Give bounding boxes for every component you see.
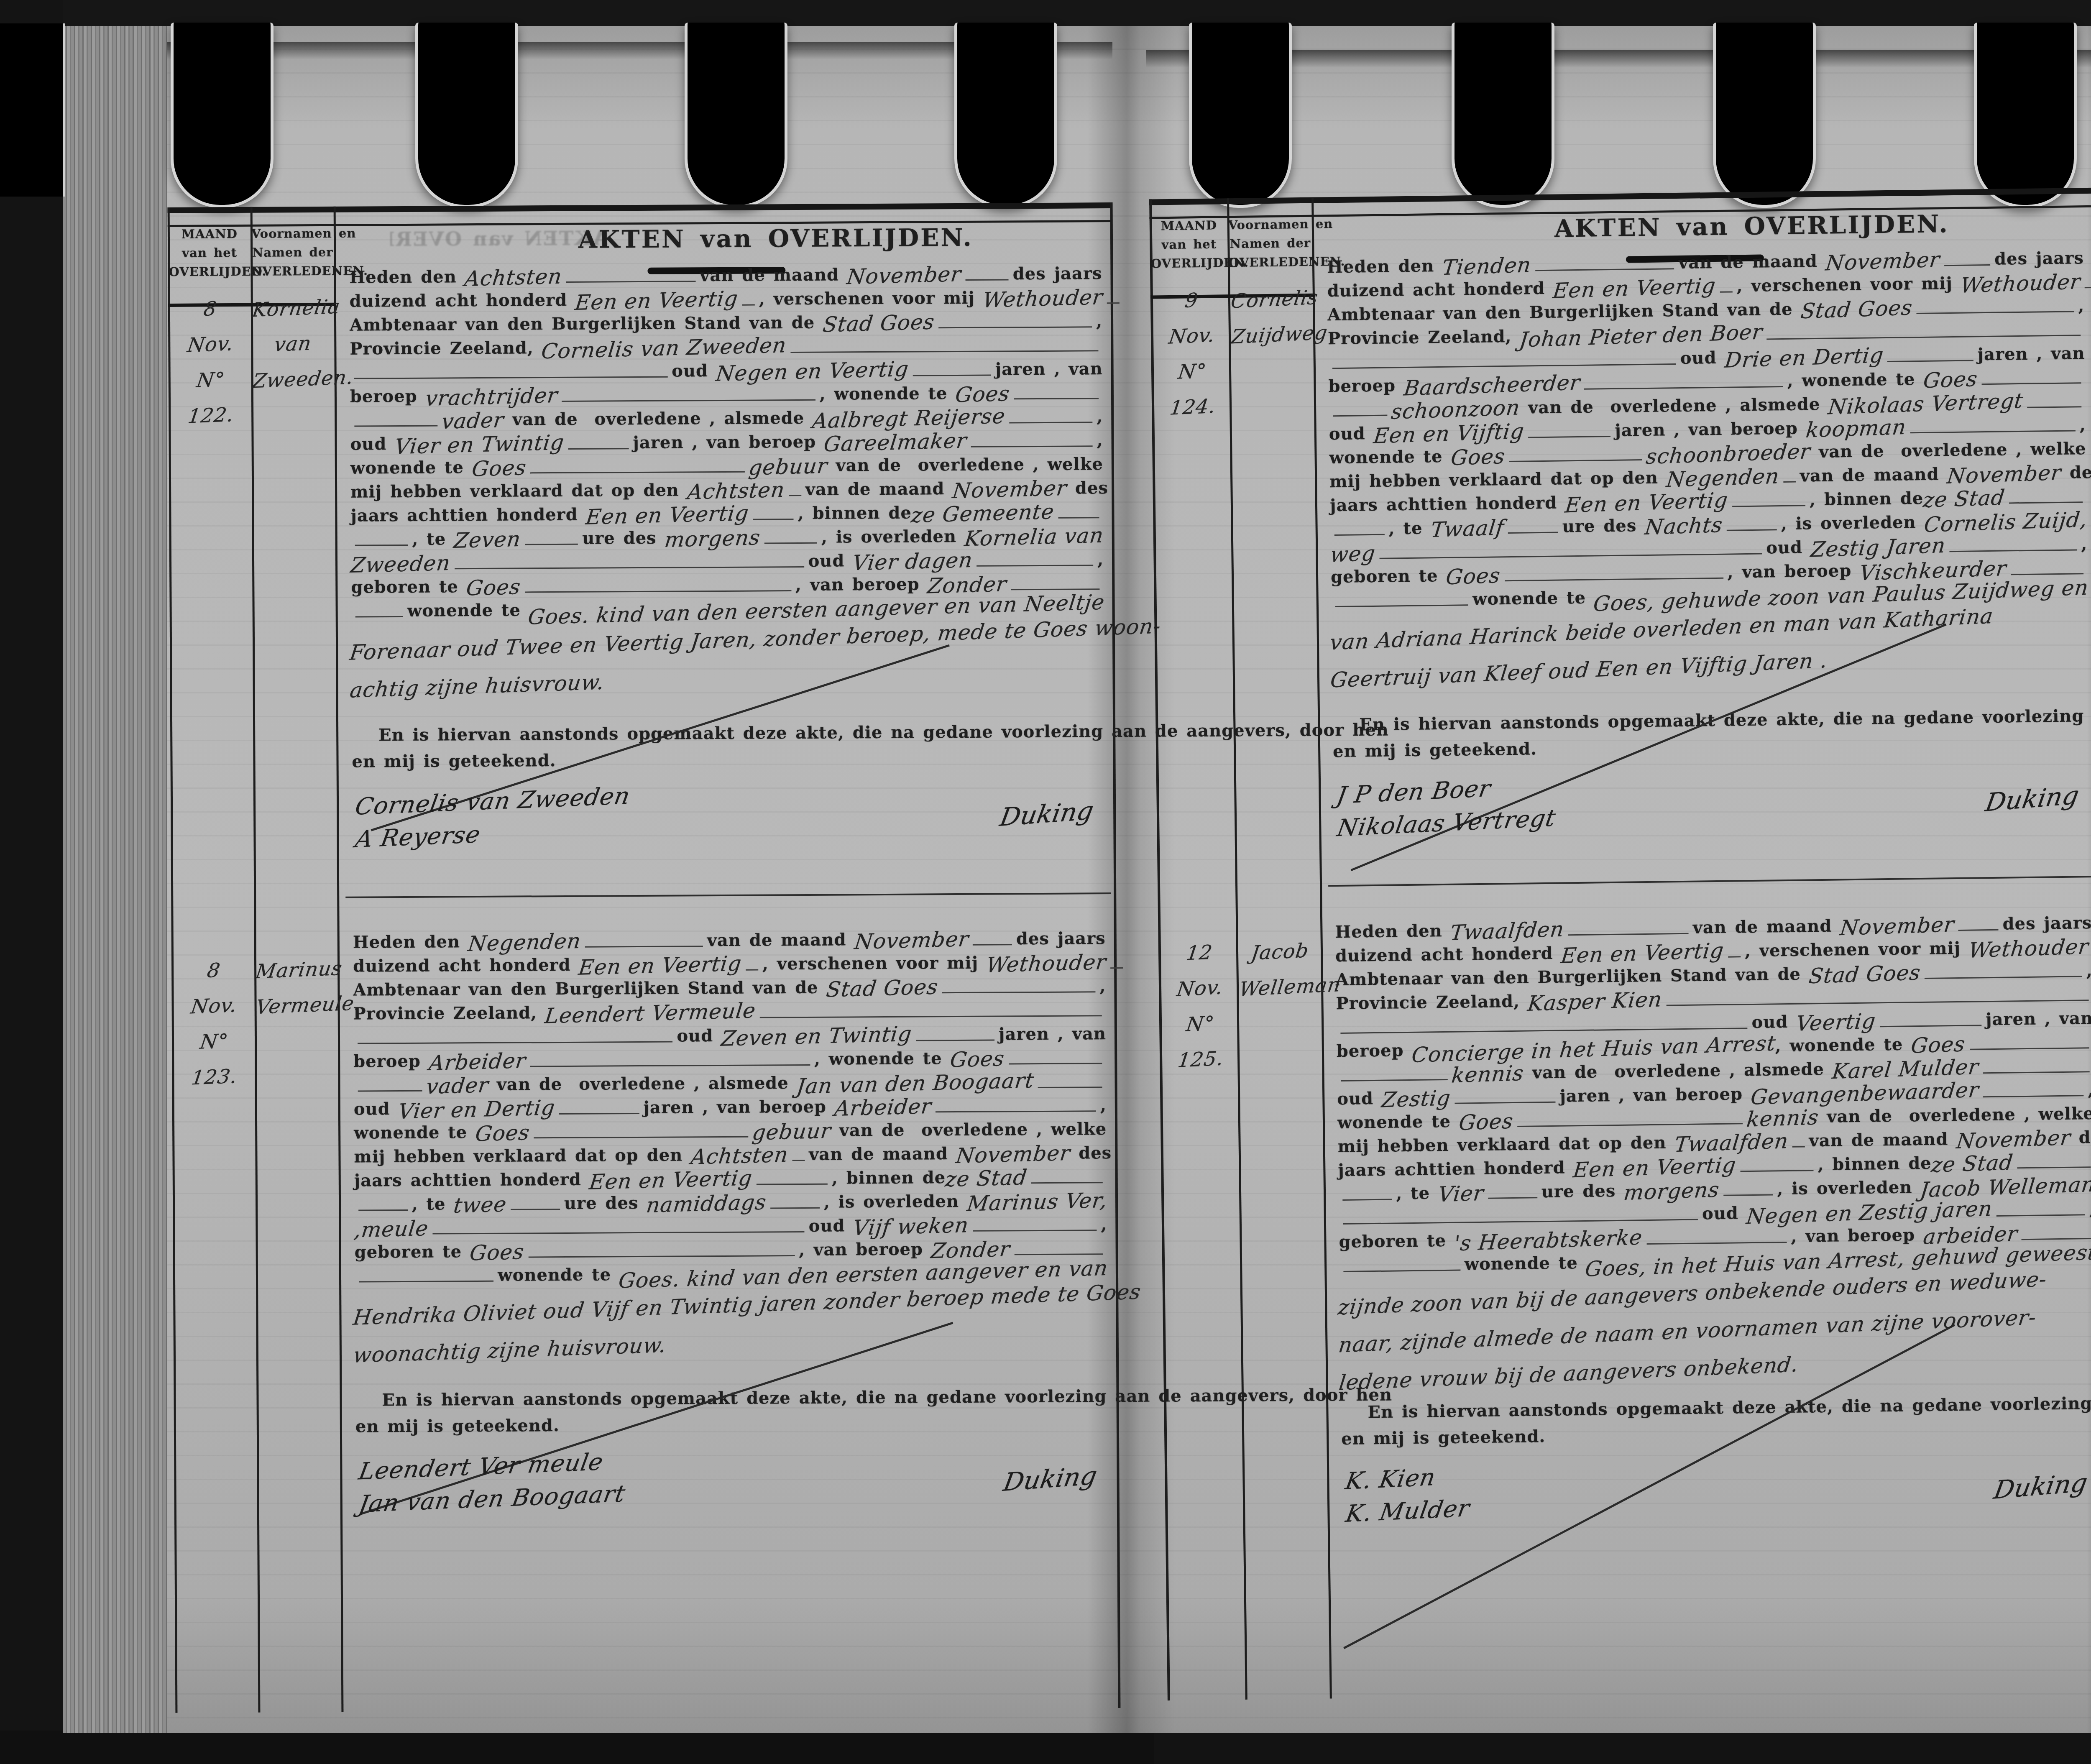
handwritten-text: schoonzoon [1390,397,1521,422]
printed-text: , [2078,297,2084,315]
printed-text: geboren te [1331,567,1447,587]
printed-text: , te [1388,519,1431,539]
margin-name-text: Zuijdweg [1230,323,1314,347]
handwritten-text: ze Stad [1922,487,2006,511]
printed-text: , verschenen voor mij [1736,274,1961,296]
form-line: duizend acht honderd Een en Veertig, ver… [353,951,1106,978]
blank-fill-line [1958,929,1999,931]
form-line: , te tweeure des namiddags, is overleden… [354,1189,1107,1217]
printed-text: , van beroep [1727,562,1860,582]
handwritten-text: Nachts [1644,514,1723,538]
act-closing: En is hiervan aanstonds opgemaakt deze a… [1332,707,2090,761]
printed-text: , wonende te [814,1049,951,1069]
blank-fill-line [1732,504,1806,507]
form-line: oud Vier en Twintigjaren , van beroep Ga… [350,429,1103,456]
margin-date-123: 8Nov.N°123. [176,961,253,1103]
printed-text: OVERLEDENEN. [1229,253,1313,272]
printed-text: ure des [564,1194,647,1213]
handwritten-text: ze Stad [1930,1152,2014,1176]
form-line: Provincie Zeeland, Leendert Vermeule [353,998,1106,1026]
handwritten-text: Twaalf [1429,517,1505,540]
informant-signatures: Cornelis van ZweedenA Reyerse [356,789,629,856]
act-closing: En is hiervan aanstonds opgemaakt deze a… [1341,1394,2091,1449]
margin-name-text: Jacob [1238,940,1322,964]
handwritten-text: November [955,1143,1072,1166]
handwritten-text: Negenden [1665,465,1780,490]
printed-text: jaars achttien honderd [1338,1158,1574,1180]
blank-fill-line [562,399,815,402]
printed-text: jaars achttien honderd [354,1171,590,1191]
official-signature: Duking [1991,1468,2089,1505]
handwritten-text: Vijf weken [852,1214,970,1238]
blank-fill-line [1982,382,2081,385]
column-header-namen: Voornamen en Namen der OVERLEDENEN. [251,224,334,281]
printed-text: oud [354,1100,399,1119]
blank-fill-line [1031,1181,1103,1184]
printed-text: MAAND [1150,216,1228,235]
blank-fill-line [525,590,791,593]
blank-fill-line [1568,933,1689,936]
blank-fill-line [358,1209,408,1211]
blank-fill-line [1505,577,1723,581]
printed-text: Ambtenaar van den Burgerlijken Stand van… [353,979,826,1000]
informant-signatures: K. KienK. Mulder [1346,1466,1469,1533]
blank-fill-line [1334,534,1385,536]
microfilm-scan: MAAND van het OVERLIJDEN. Voornamen en N… [0,0,2091,1764]
margin-name-text: van [251,332,335,355]
film-left-band [0,0,63,1764]
blank-fill-line [1038,1086,1102,1088]
handwritten-text: Zestig Jaren [1810,535,1947,560]
margin-date-text: Nov. [1153,325,1231,348]
blank-fill-line [1454,1101,1555,1104]
blank-fill-line [2085,286,2091,288]
blank-fill-line [1380,553,1762,559]
printed-text: , [1099,977,1106,996]
printed-text: van het [169,243,251,263]
official-signature: Duking [1001,1461,1099,1497]
printed-text: mij hebben verklaard dat op den [1337,1133,1674,1156]
form-line: duizend acht honderd Een en Veertig, ver… [350,286,1102,313]
handwritten-text: Leendert Vermeule [544,1000,757,1026]
printed-text: , [2081,535,2087,554]
margin-date-text: 124. [1154,396,1232,419]
blank-fill-line [1343,1219,1698,1225]
handwritten-text: Wethouder [982,286,1104,311]
printed-text: , verschenen voor mij [759,289,983,309]
signature-row: K. KienK. Mulder Duking [1342,1459,2091,1533]
blank-fill-line [1880,1024,1981,1027]
printed-text: duizend acht honderd [353,956,579,976]
printed-text: En is hiervan aanstonds opgemaakt deze a… [1341,1394,2091,1422]
blank-fill-line [770,1207,820,1209]
handwritten-continuation: woonachtig zijne huisvrouw. [352,1320,1110,1366]
blank-fill-line [1917,310,2074,314]
printed-text: , binnen de [798,504,912,523]
printed-text: wonende te [1464,1254,1586,1274]
printed-text: , te [1396,1184,1438,1203]
printed-text: , [1101,1215,1107,1234]
act-extra-lines: zijnde zoon van bij de aangevers onbeken… [1339,1277,2091,1383]
margin-name-text: Cornelis [1230,288,1314,311]
printed-text: , binnen de [1817,1154,1932,1174]
blank-fill-line [1011,588,1099,590]
margin-name-text: Welleman [1238,976,1323,999]
margin-date-text: N° [1153,360,1232,383]
handwritten-text: November [853,928,970,952]
signature-row: Cornelis van ZweedenA Reyerse Duking [352,787,1105,856]
printed-text: Namen der [1228,234,1312,253]
printed-text: , te [412,1195,454,1214]
handwritten-text: weg [1329,543,1377,565]
printed-text: van de overledene , alsmede [1520,395,1828,418]
blank-fill-line [1767,334,2081,340]
handwritten-text: vader [441,409,506,432]
act-form-lines: Heden den Twaalfdenvan de maand November… [1335,911,2091,1278]
handwritten-text: Negen en Veertig [715,358,910,384]
informant-signatures: Leendert Ver meuleJan van den Boogaart [360,1454,624,1521]
handwritten-text: gebuur [751,1120,832,1143]
form-line: mij hebben verklaard dat op den Achtsten… [350,476,1103,504]
printed-text: oud [1751,1013,1796,1032]
blank-fill-line [746,969,758,971]
handwritten-text: Zestig [1380,1087,1452,1111]
blank-fill-line [1720,291,1733,292]
blank-fill-line [916,1039,994,1041]
blank-fill-line [1009,421,1092,423]
printed-text: OVERLIJDEN. [169,262,251,281]
printed-text: jaren , van beroep [643,1098,835,1117]
printed-text: ure des [1562,516,1645,536]
blank-fill-line [359,1280,493,1283]
blank-fill-line [1983,1071,2089,1074]
handwritten-text: Cornelis van Zweeden [540,335,788,362]
printed-text: des [2071,1128,2091,1148]
printed-text: wonende te [1329,447,1451,468]
handwritten-text: morgens [663,527,761,550]
printed-text: , [1097,407,1103,426]
printed-text: beroep [350,387,426,406]
printed-text: wonende te [407,601,529,621]
film-punch-tab [1713,23,1816,208]
printed-text: , wonende te [819,384,956,404]
margin-name-124: CornelisZuijdweg [1231,289,1314,361]
printed-text: , van beroep [795,575,928,595]
printed-text: en mij is geteekend. [352,749,1104,771]
blank-fill-line [1332,363,1676,369]
handwritten-text: Jacob Welleman [1919,1174,2091,1201]
handwritten-text: Zeven [453,529,522,551]
margin-date-text: N° [1161,1012,1240,1036]
blank-fill-line [1058,516,1099,519]
form-line: Ambtenaar van den Burgerlijken Stand van… [350,309,1102,337]
printed-text: , binnen de [832,1168,946,1188]
printed-text: , binnen de [1810,489,1924,509]
blank-fill-line [432,1231,805,1235]
blank-fill-line [1996,1214,2085,1217]
handwritten-text: kennis [1451,1063,1525,1086]
form-line: oud Vier en Dertigjaren , van beroep Arb… [354,1094,1107,1121]
margin-date-text: 12 [1161,941,1239,965]
handwritten-text: Cornelis Zuijd, [1923,509,2088,535]
printed-text: beroep [1328,376,1404,396]
printed-text: , [2086,961,2091,980]
form-line: mij hebben verklaard dat op den Achtsten… [354,1141,1107,1169]
handwritten-text: koopman [1805,417,1907,441]
handwritten-text: Gareelmaker [823,430,968,455]
death-act-125: Heden den Twaalfdenvan de maand November… [1335,911,2091,1631]
death-act-123: Heden den Negendenvan de maand Novemberd… [353,927,1109,1583]
printed-text: En is hiervan aanstonds opgemaakt deze a… [352,722,1104,745]
blank-fill-line [358,1041,672,1044]
printed-text: Heden den [349,268,465,287]
blank-fill-line [760,1015,1102,1018]
blank-fill-line [358,1090,422,1092]
printed-text: En is hiervan aanstonds opgemaakt deze a… [1332,707,2089,735]
film-punch-tab [1189,23,1292,208]
printed-text: wonende te [498,1265,619,1285]
printed-text: , van beroep [799,1240,931,1260]
blank-fill-line [764,542,817,544]
handwritten-text: Een en Veertig [585,503,750,528]
column-header-namen: Voornamen en Namen der OVERLEDENEN. [1228,215,1313,272]
printed-text: geboren te [355,1242,470,1262]
printed-text: jaren , van [1977,344,2085,364]
handwritten-text: November [1839,914,1956,938]
blank-fill-line [530,471,744,474]
printed-text: van de maand [809,1145,956,1164]
handwritten-text: Een en Veertig [588,1168,753,1193]
printed-text: , van beroep [1791,1226,1923,1246]
blank-fill-line [1666,999,2088,1006]
printed-text: jaren , van beroep [1615,419,1806,440]
printed-text: Provincie Zeeland, [350,339,542,358]
death-act-122: Heden den Achtstenvan de maand Novemberd… [349,262,1105,918]
blank-fill-line [789,494,801,496]
handwritten-text: Een en Veertig [578,953,743,978]
blank-fill-line [790,350,1098,353]
blank-fill-line [1110,967,1123,969]
act-closing: En is hiervan aanstonds opgemaakt deze a… [352,722,1105,771]
printed-text: en mij is geteekend. [1333,733,2090,761]
margin-date-125: 12Nov.N°125. [1162,943,1239,1086]
handwritten-text: Een en Veertig [1564,490,1729,516]
form-line: , te Zevenure des morgens, is overleden … [351,524,1104,552]
handwritten-text: Stad Goes [825,976,939,1000]
blank-fill-line [2009,501,2083,504]
handwritten-continuation: achtig zijne huisvrouw. [349,655,1107,701]
printed-text: en mij is geteekend. [355,1414,1108,1436]
act-extra-lines: van Adriana Harinck beide overleden en m… [1331,612,2089,680]
printed-text: OVERLEDENEN. [251,262,334,281]
printed-text: oud [677,1027,721,1046]
margin-date-text: 9 [1153,289,1231,312]
informant-signatures: J P den BoerNikolaas Vertregt [1337,777,1555,845]
margin-name-text: Vermeule. [255,994,338,1017]
blank-fill-line [559,1112,639,1115]
blank-fill-line [939,326,1092,328]
printed-text: wonende te [350,458,472,478]
printed-text: van de maand [700,266,847,286]
printed-text: jaren , van beroep [1559,1085,1751,1106]
handwritten-text: ze Stad [944,1167,1028,1190]
blank-fill-line [1740,1169,1814,1172]
handwritten-text: Wethouder [1968,936,2090,961]
blank-fill-line [971,445,1093,447]
blank-fill-line [1944,264,1991,266]
printed-text: Heden den [1327,257,1443,277]
printed-text: wonende te [1337,1112,1459,1133]
printed-text: ure des [582,529,665,548]
margin-date-text: 125. [1162,1048,1240,1071]
printed-text: jaren , van [999,1025,1106,1044]
handwritten-text: vader [425,1074,490,1097]
margin-date-text: 122. [171,404,251,427]
handwritten-text: Zweeden [350,552,452,576]
handwritten-text: gebuur [747,455,828,478]
handwritten-text: Veertig [1795,1010,1877,1034]
blank-fill-line [2027,406,2081,408]
handwritten-text: Stad Goes [822,312,936,335]
act-form-lines: Heden den Negendenvan de maand Novemberd… [353,927,1107,1288]
printed-text: , [1097,550,1104,569]
handwritten-text: ,meule [353,1218,429,1241]
handwritten-text: Goes [1450,446,1506,468]
handwritten-text: ze Gemeente [910,501,1056,526]
handwritten-text: Goes [954,383,1011,405]
printed-text: oud [808,552,853,571]
blank-fill-line [525,543,578,545]
handwritten-text: Arbeider [428,1050,527,1074]
printed-text: Namen der [251,243,334,262]
handwritten-text: Aalbregt Reijerse [811,406,1007,432]
blank-fill-line [534,1136,748,1139]
printed-text: jaren , van [995,360,1103,379]
handwritten-text: Een en Veertig [1572,1154,1737,1181]
blank-fill-line [1341,1079,1448,1081]
handwritten-text: Kornelia van [964,525,1105,550]
printed-text: AKTEN van OVERLIJDEN. [578,223,973,254]
printed-text: van de overledene , alsmede [1524,1060,1833,1083]
handwritten-text: Tienden [1441,254,1532,278]
printed-text: van het [1150,235,1228,254]
printed-text: OVERLIJDEN. [1151,253,1228,273]
blank-fill-line [753,518,794,520]
film-punch-tab [954,23,1057,208]
handwritten-text: November [1946,462,2063,487]
death-act-124: Heden den Tiendenvan de maand Novemberde… [1327,246,2091,908]
official-signature: Duking [997,796,1096,832]
form-line: jaars achttien honderd Een en Veertig, b… [354,1165,1107,1193]
signature: K. Kien [1344,1464,1471,1493]
official-signature: Duking [1983,780,2081,817]
blank-fill-line [913,374,991,376]
handwritten-text: Zonder [930,1238,1012,1261]
blank-fill-line [1343,1269,1460,1272]
handwritten-text: Vier en Dertig [397,1097,556,1122]
printed-text: , is overleden [824,1192,967,1212]
form-line: vader van de overledene , alsmede Jan va… [353,1070,1106,1097]
handwritten-text: morgens [1623,1179,1720,1204]
film-punch-tab [415,23,518,208]
printed-text: AKTEN van OVERLIJDEN. [1554,210,1950,243]
act-extra-lines: Forenaar oud Twee en Veertig Jaren, zond… [351,628,1104,690]
printed-text: Provincie Zeeland, [1336,992,1528,1013]
blank-fill-line [2011,573,2083,575]
act-closing: En is hiervan aanstonds opgemaakt deze a… [355,1387,1108,1436]
handwritten-text: Twaalfden [1449,919,1565,943]
printed-text: Heden den [1335,922,1451,942]
handwritten-text: Vier [1437,1183,1485,1205]
handwritten-text: Goes [1922,368,1979,391]
blank-fill-line [354,376,668,379]
blank-fill-line [1646,1241,1787,1245]
blank-fill-line [1517,1122,1742,1127]
handwritten-text: Drie en Dertig [1723,345,1884,371]
printed-text: jaren , van [1986,1009,2091,1029]
printed-text: geboren te [1339,1232,1454,1252]
film-punch-tab [1452,23,1554,208]
handwritten-text: Een en Veertig [574,288,739,313]
handwritten-text: November [1825,249,1941,274]
book-page-edges [63,26,167,1733]
printed-text: ure des [1541,1182,1624,1202]
printed-text: en mij is geteekend. [1341,1421,2091,1449]
handwritten-text: Goes [949,1048,1006,1070]
printed-text: geboren te [351,578,467,597]
blank-fill-line [966,279,1009,281]
printed-text: oud [1766,538,1811,557]
blank-fill-line [973,943,1012,945]
ghost-mirrored-title: AKTEN van OVERLIJDEN. [390,228,608,250]
blank-fill-line [2017,1166,2091,1168]
handwritten-text: November [951,478,1068,501]
printed-text: , [1096,312,1102,331]
printed-text: Voornamen en [251,224,334,243]
printed-text: , [1097,431,1103,450]
printed-text: Provincie Zeeland, [353,1004,546,1023]
signature-row: J P den BoerNikolaas Vertregt Duking [1333,771,2091,846]
margin-date-text: Nov. [171,333,250,356]
handwritten-text: Goes [1458,1111,1514,1133]
blank-fill-line [756,1183,828,1185]
printed-text: Heden den [353,933,468,952]
handwritten-text: Wethouder [1960,271,2082,296]
blank-fill-line [1107,302,1120,304]
printed-text: jaren , van beroep [633,433,824,453]
signature: Leendert Ver meule [357,1450,627,1483]
handwritten-text: November [1955,1127,2072,1152]
printed-text: Provincie Zeeland, [1328,327,1520,348]
handwritten-text: twee [452,1194,508,1216]
handwritten-text: Arbeider [833,1096,933,1119]
printed-text: MAAND [169,225,251,244]
printed-text: , wonende te [1775,1035,1911,1056]
printed-text: van de overledene , alsmede [488,1074,797,1094]
printed-text: van de overledene , welke [1818,1104,2091,1127]
film-punch-tab [0,23,65,197]
column-header-maand: MAAND van het OVERLIJDEN. [1150,216,1228,273]
printed-text: duizend acht honderd [350,291,576,311]
printed-text: van de maand [1800,465,1948,486]
handwritten-text: Twaalfden [1673,1130,1789,1155]
film-punch-tab [171,23,274,208]
printed-text: Ambtenaar van den Burgerlijken Stand van… [1336,965,1809,990]
blank-fill-line [1333,414,1387,417]
printed-text: van de overledene , welke [831,1120,1107,1140]
blank-fill-line [792,1159,805,1161]
handwritten-text: kennis [1746,1107,1820,1130]
